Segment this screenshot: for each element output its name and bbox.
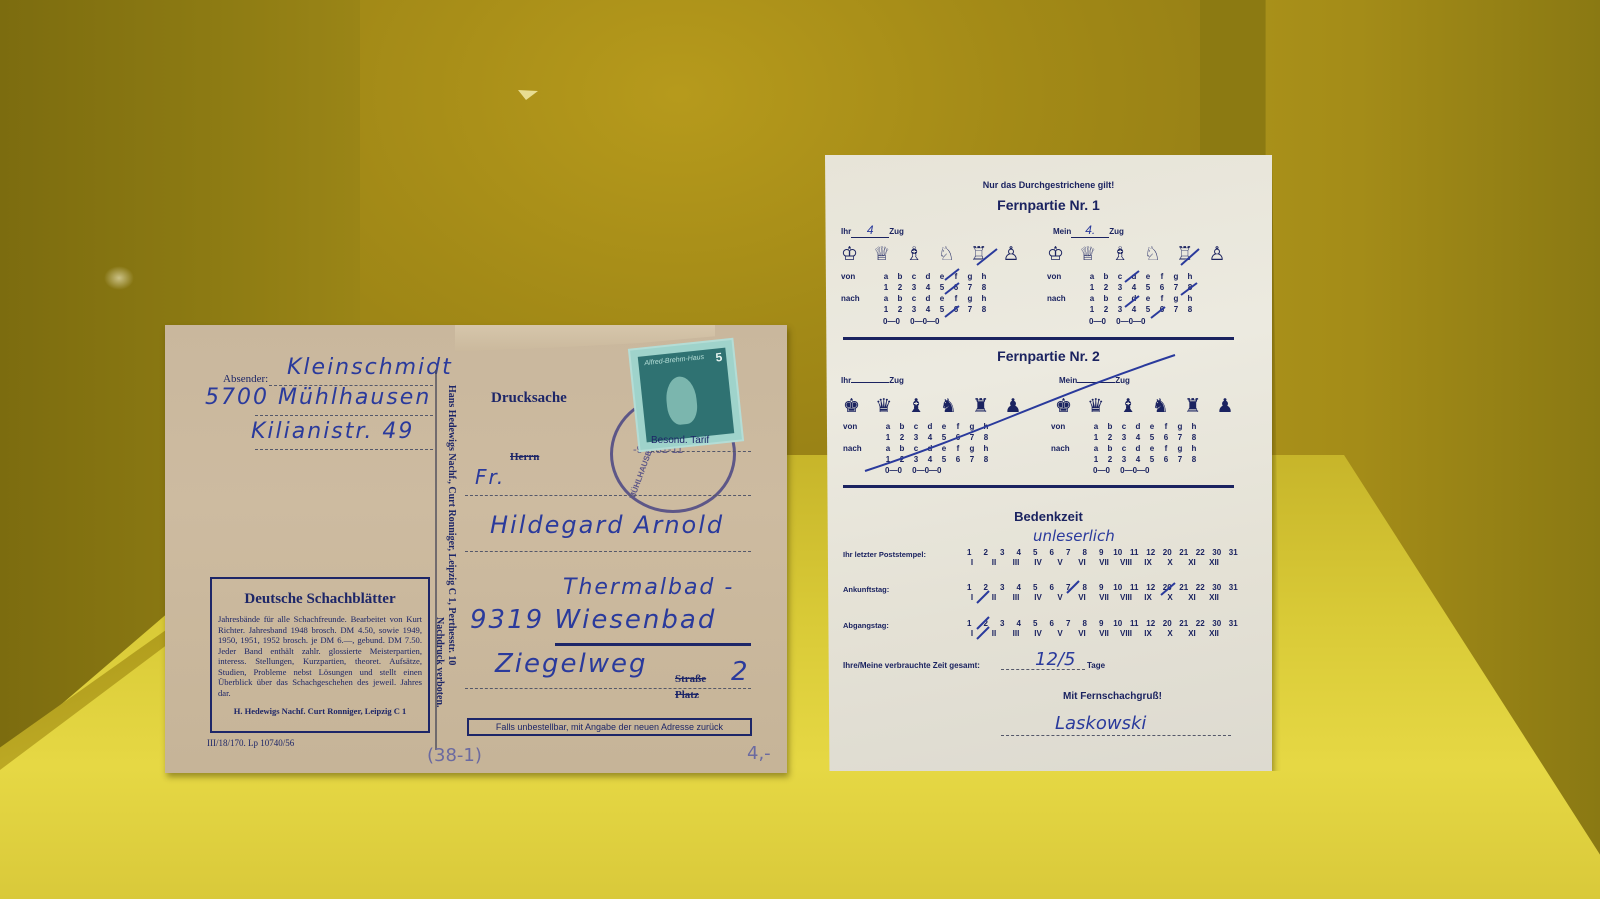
correspondence-chess-card: Nur das Durchgestrichene gilt! Fernparti…	[825, 155, 1272, 771]
display-case: Absender: Kleinschmidt 5700 Mühlhausen K…	[0, 0, 1600, 899]
dotted-line	[465, 688, 751, 689]
tariff-label: Besond. Tarif	[651, 435, 709, 446]
mail-class: Drucksache	[491, 390, 567, 407]
ad-publisher: H. Hedewigs Nachf. Curt Ronniger, Leipzi…	[218, 706, 422, 716]
salutation-written: Fr.	[475, 465, 505, 489]
recipient-line2: Thermalbad -	[563, 575, 734, 600]
recipient-street: Ziegelweg	[495, 649, 648, 679]
print-code: III/18/170. Lp 10740/56	[207, 738, 294, 748]
recipient-name: Hildegard Arnold	[490, 511, 724, 539]
dotted-line	[651, 451, 751, 452]
light-reflection	[104, 266, 134, 290]
recipient-house-number: 2	[731, 657, 750, 687]
dotted-line	[255, 415, 433, 416]
ad-title: Deutsche Schachblätter	[218, 591, 422, 608]
ad-body: Jahresbände für alle Schachfreunde. Bear…	[218, 614, 422, 698]
signature-line	[1001, 735, 1231, 736]
dotted-line	[255, 449, 433, 450]
advertisement-box: Deutsche Schachblätter Jahresbände für a…	[210, 577, 430, 733]
pencil-price: 4,-	[747, 743, 771, 764]
publisher-imprint: Hans Hedewigs Nachf., Curt Ronniger, Lei…	[445, 385, 457, 665]
return-notice: Falls unbestellbar, mit Angabe der neuen…	[467, 718, 752, 736]
pelican-image	[664, 375, 699, 426]
reprint-notice: Nachdruck verboten.	[433, 617, 445, 708]
signature: Laskowski	[1055, 713, 1146, 734]
total-time-unit: Tage	[1087, 661, 1105, 670]
sender-city: 5700 Mühlhausen	[205, 385, 431, 410]
underline-bar	[555, 643, 751, 646]
total-time-label: Ihre/Meine verbrauchte Zeit gesamt:	[843, 661, 980, 670]
recipient-city: 9319 Wiesenbad	[470, 605, 716, 635]
postage-stamp: Alfred-Brehm-Haus 5	[630, 340, 742, 450]
dotted-line	[465, 551, 751, 552]
stamp-title: Alfred-Brehm-Haus	[644, 354, 704, 367]
postcard: Absender: Kleinschmidt 5700 Mühlhausen K…	[165, 325, 787, 773]
total-time-value: 12/5	[1035, 649, 1075, 670]
street-label-platz: Platz	[675, 689, 699, 701]
pencil-catalog-number: (38-1)	[427, 745, 482, 766]
salutation-printed: Herrn	[510, 451, 539, 463]
sender-label: Absender:	[223, 373, 268, 385]
date-strike-marks	[825, 155, 1272, 655]
dotted-line	[465, 495, 751, 496]
sender-name: Kleinschmidt	[287, 355, 453, 380]
street-label-strasse: Straße	[675, 673, 706, 685]
sender-street: Kilianistr. 49	[251, 419, 414, 444]
stamp-value: 5	[715, 350, 723, 365]
greeting: Mit Fernschachgruß!	[1063, 691, 1162, 702]
